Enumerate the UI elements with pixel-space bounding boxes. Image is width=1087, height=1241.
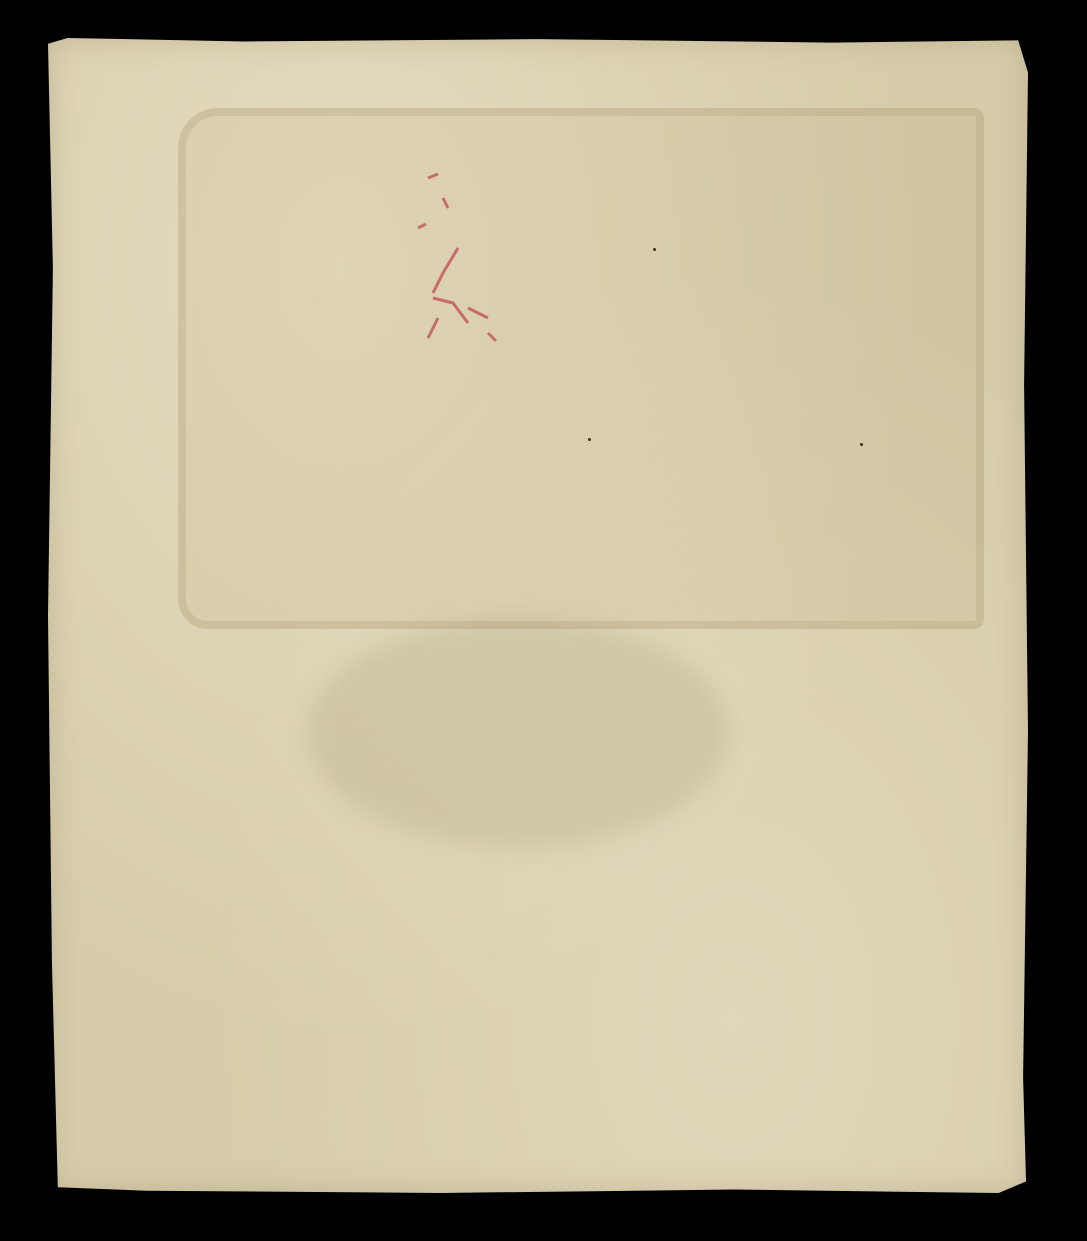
paper-speck xyxy=(653,248,656,251)
cancellation-show-through xyxy=(308,618,728,848)
paper-speck xyxy=(860,443,863,446)
paper-speck xyxy=(588,438,591,441)
stamp-back xyxy=(48,38,1028,1193)
design-show-through xyxy=(178,108,984,629)
red-marking xyxy=(388,158,538,348)
